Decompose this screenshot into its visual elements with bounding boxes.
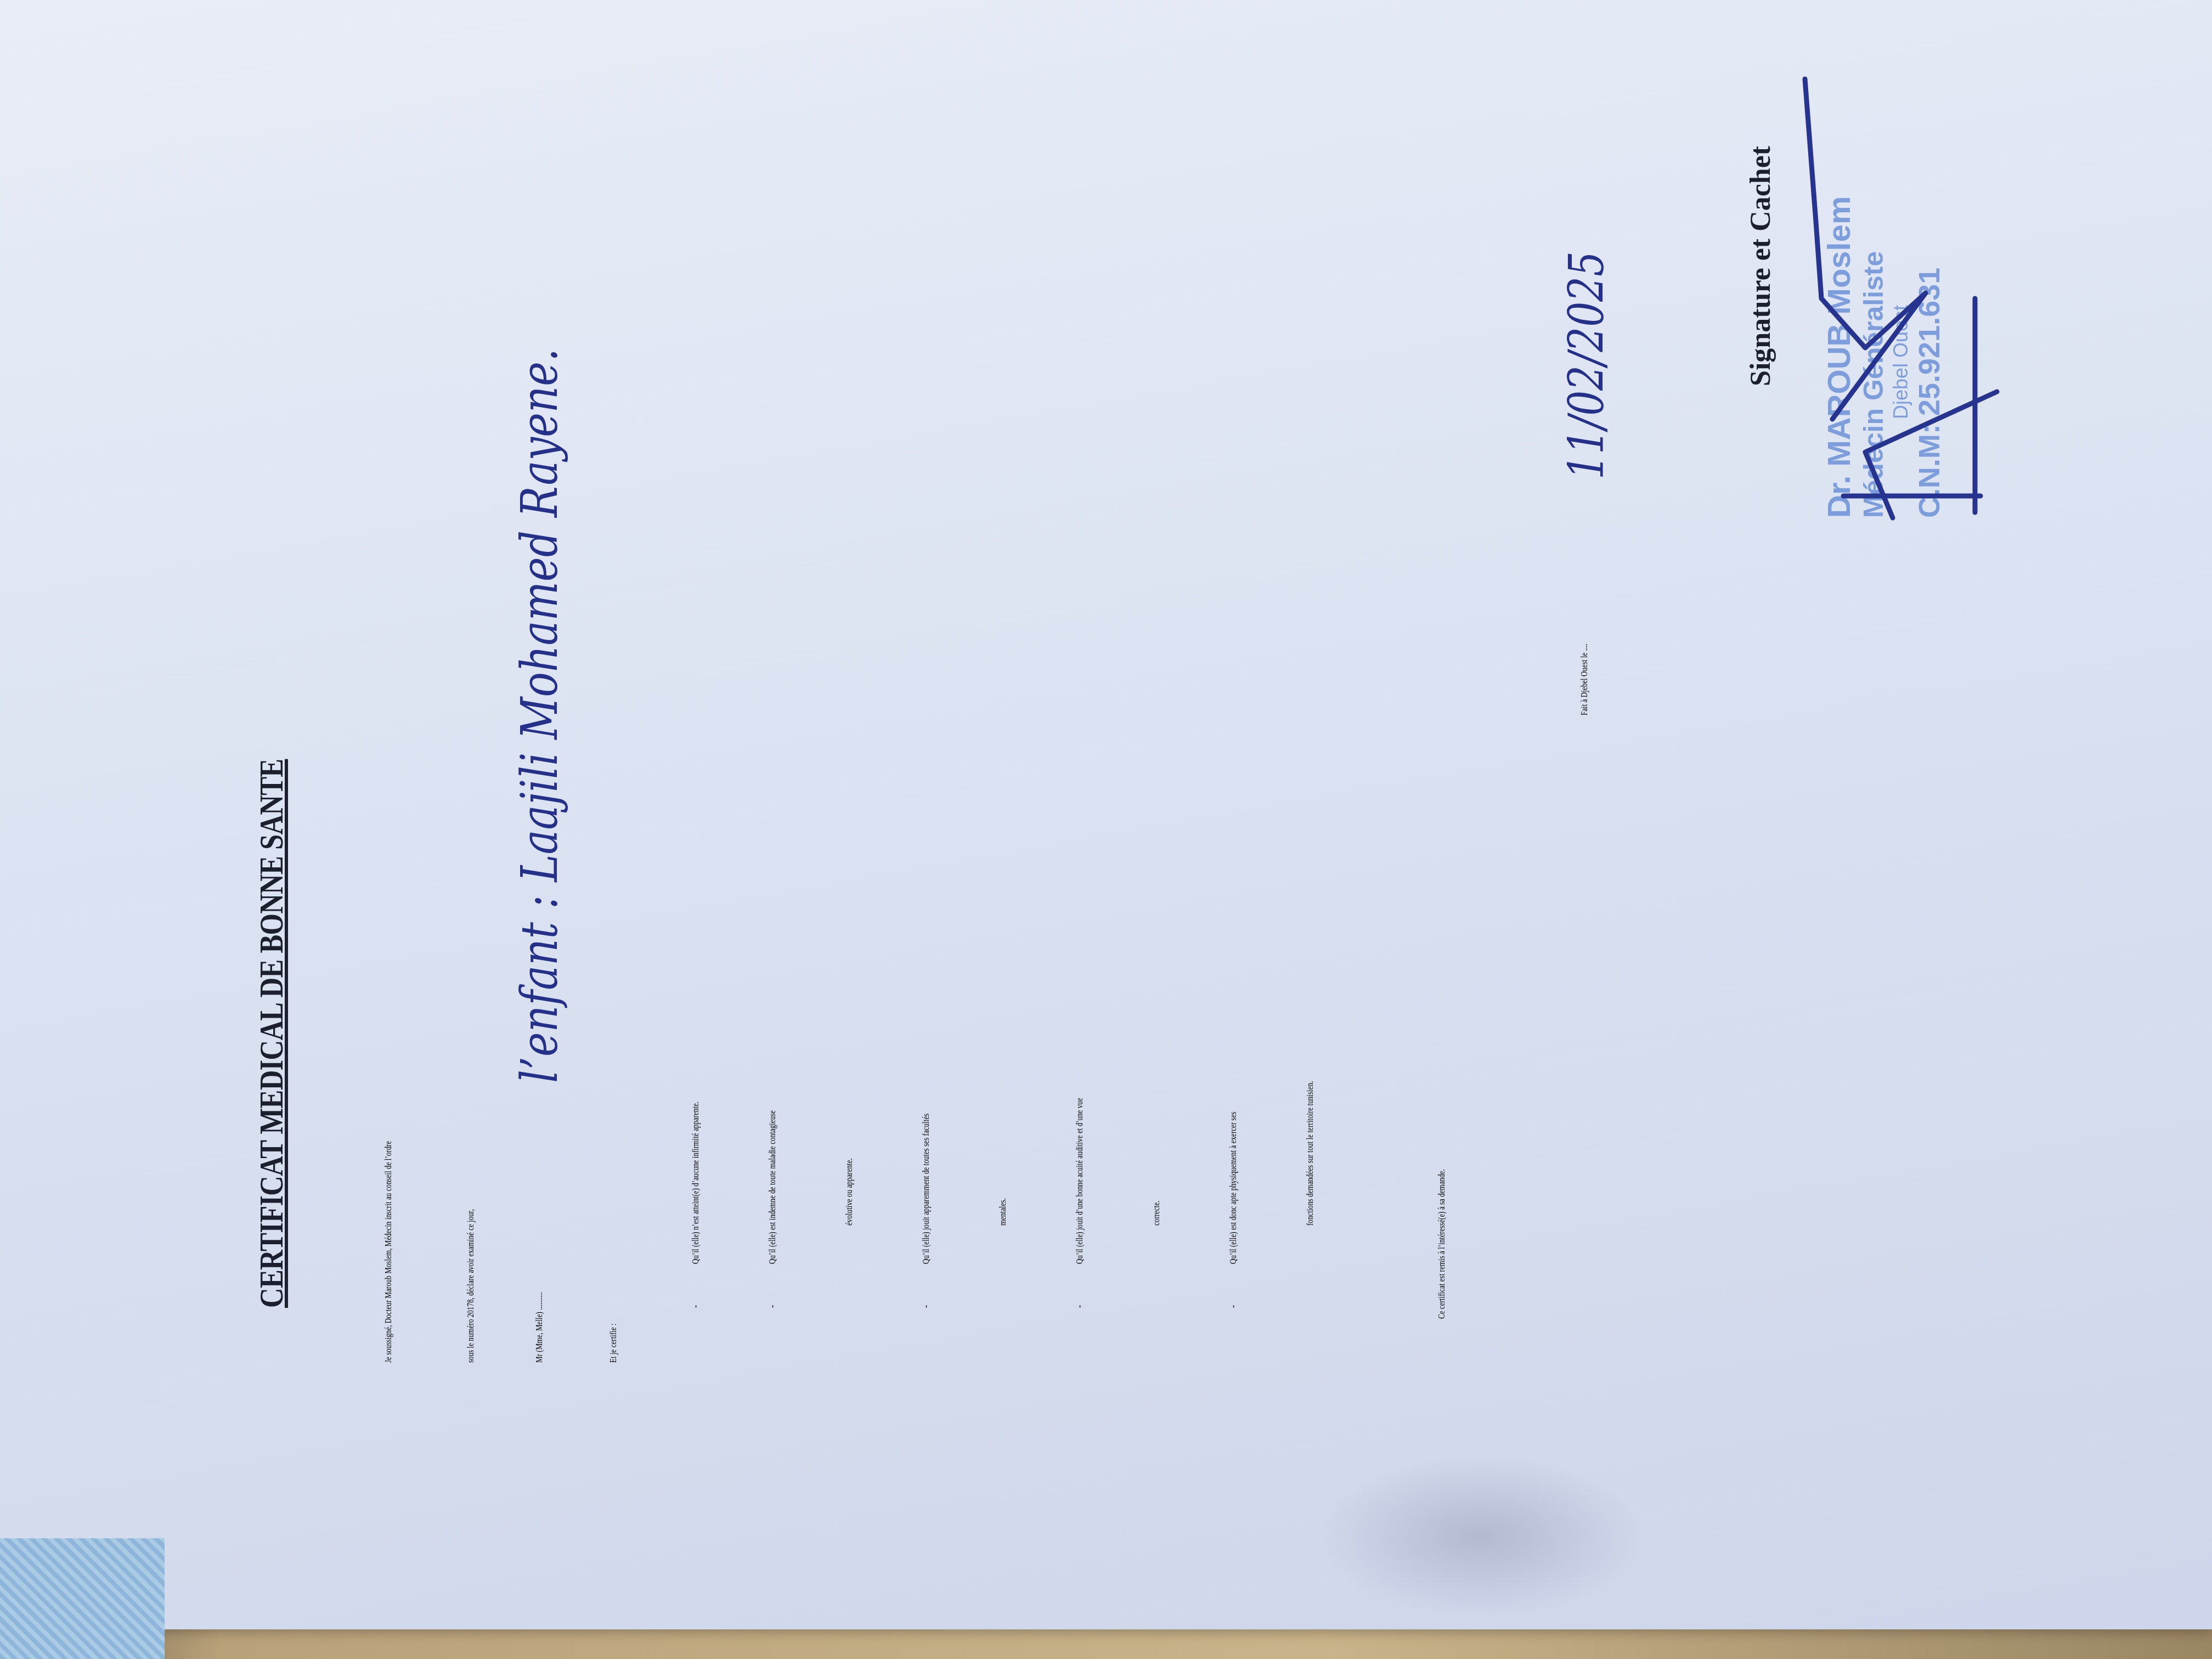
patient-label: Mr (Mme, Melle) .......... [535,1292,545,1363]
date-handwritten: 11/02/2025 [1558,251,1615,479]
certificate-page: CERTIFICAT MEDICAL DE BONNE SANTE Je sou… [0,0,2212,1659]
bullet-5-line-2: fonctions demandées sur tout le territoi… [1306,1081,1316,1226]
bullet-dash: - [768,1305,778,1308]
patient-prefix: Mr (Mme, Melle) .......... [535,1292,544,1363]
patient-name-handwritten: l’enfant : Laajili Mohamed Rayene. [510,348,569,1083]
intro-line-1: Je soussigné, Docteur Maroub Moslem, Méd… [384,1141,394,1363]
bullet-dash: - [1229,1305,1239,1308]
place-label: Fait à Djebel Ouest le .... [1580,644,1590,715]
bullet-3-line-1: Qu’il (elle) jouit apparemment de toutes… [922,1114,932,1264]
bullet-dash: - [1075,1305,1085,1308]
bullet-5-line-1: Qu’il (elle) est donc apte physiquement … [1229,1111,1239,1264]
bullet-4-line-2: correcte. [1152,1200,1162,1226]
bullet-3-line-2: mentales. [998,1198,1008,1226]
handwritten-signature [1799,35,2019,529]
bullet-2-line-2: évolutive ou apparente. [845,1158,855,1226]
bullet-dash: - [922,1305,932,1308]
intro-line-2: sous le numéro 20178, déclare avoir exam… [466,1209,476,1363]
bullet-dash: - [691,1305,701,1308]
bullet-1-line-1: Qu’il (elle) n’est atteint(e) d’aucune i… [691,1102,701,1264]
bullet-4-line-1: Qu’il (elle) jouit d’une bonne acuité au… [1075,1098,1085,1264]
bullet-2-line-1: Qu’il (elle) est indemne de toute maladi… [768,1110,778,1264]
closing-statement: Ce certificat est remis à l’intéressé(e)… [1437,1169,1447,1319]
certify-label: Et je certifie : [609,1323,619,1363]
document-title: CERTIFICAT MEDICAL DE BONNE SANTE [252,759,291,1308]
signature-label: Signature et Cachet [1745,146,1777,386]
